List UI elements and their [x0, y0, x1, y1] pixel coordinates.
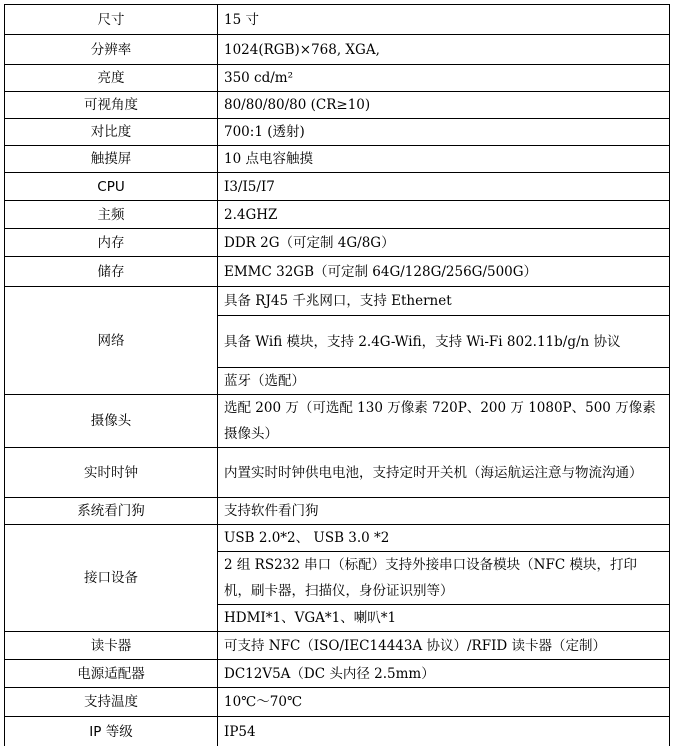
- spec-label: 电源适配器: [5, 660, 218, 688]
- spec-value: USB 2.0*2、 USB 3.0 *2: [218, 525, 670, 552]
- spec-label: 主频: [5, 201, 218, 229]
- table-row: 主频2.4GHZ: [5, 201, 670, 229]
- spec-value: DC12V5A（DC 头内径 2.5mm）: [218, 660, 670, 688]
- spec-value: 内置实时时钟供电电池，支持定时开关机（海运航运注意与物流沟通）: [218, 448, 670, 498]
- spec-label: 系统看门狗: [5, 498, 218, 525]
- table-row: IP 等级IP54: [5, 717, 670, 746]
- table-row: 支持温度10℃～70℃: [5, 688, 670, 717]
- spec-label: 分辨率: [5, 35, 218, 65]
- spec-label: 读卡器: [5, 632, 218, 660]
- spec-value: 具备 Wifi 模块，支持 2.4G-Wifi，支持 Wi-Fi 802.11b…: [218, 316, 670, 368]
- spec-value: I3/I5/I7: [218, 173, 670, 201]
- table-row: 分辨率1024(RGB)×768, XGA,: [5, 35, 670, 65]
- spec-label: CPU: [5, 173, 218, 201]
- spec-value: 10℃～70℃: [218, 688, 670, 717]
- table-row: 储存EMMC 32GB（可定制 64G/128G/256G/500G）: [5, 257, 670, 287]
- spec-value: 2 组 RS232 串口（标配）支持外接串口设备模块（NFC 模块，打印机，刷卡…: [218, 552, 670, 605]
- table-row: 内存DDR 2G（可定制 4G/8G）: [5, 229, 670, 257]
- spec-value: 2.4GHZ: [218, 201, 670, 229]
- spec-label: 网络: [5, 287, 218, 395]
- spec-value: HDMI*1、VGA*1、喇叭*1: [218, 605, 670, 632]
- spec-value: 具备 RJ45 千兆网口，支持 Ethernet: [218, 287, 670, 316]
- spec-label: 接口设备: [5, 525, 218, 632]
- spec-label: 触摸屏: [5, 146, 218, 173]
- spec-table: 尺寸15 寸分辨率1024(RGB)×768, XGA,亮度350 cd/m²可…: [4, 4, 670, 746]
- table-row: 系统看门狗支持软件看门狗: [5, 498, 670, 525]
- table-row: 亮度350 cd/m²: [5, 65, 670, 92]
- spec-label: 实时时钟: [5, 448, 218, 498]
- spec-value: 15 寸: [218, 5, 670, 35]
- table-row: 尺寸15 寸: [5, 5, 670, 35]
- spec-value: 可支持 NFC（ISO/IEC14443A 协议）/RFID 读卡器（定制）: [218, 632, 670, 660]
- spec-value: 350 cd/m²: [218, 65, 670, 92]
- spec-label: 亮度: [5, 65, 218, 92]
- table-row: 电源适配器DC12V5A（DC 头内径 2.5mm）: [5, 660, 670, 688]
- table-row: 可视角度80/80/80/80 (CR≥10): [5, 92, 670, 119]
- table-row: 摄像头选配 200 万（可选配 130 万像素 720P、200 万 1080P…: [5, 395, 670, 448]
- spec-value: 80/80/80/80 (CR≥10): [218, 92, 670, 119]
- table-row: 网络具备 RJ45 千兆网口，支持 Ethernet: [5, 287, 670, 316]
- spec-label: 摄像头: [5, 395, 218, 448]
- spec-value: 蓝牙（选配）: [218, 368, 670, 395]
- spec-label: 储存: [5, 257, 218, 287]
- spec-label: 尺寸: [5, 5, 218, 35]
- table-row: 触摸屏10 点电容触摸: [5, 146, 670, 173]
- spec-label: 可视角度: [5, 92, 218, 119]
- spec-value: 700:1 (透射): [218, 119, 670, 146]
- spec-label: 对比度: [5, 119, 218, 146]
- table-row: CPUI3/I5/I7: [5, 173, 670, 201]
- spec-value: IP54: [218, 717, 670, 746]
- table-row: 读卡器可支持 NFC（ISO/IEC14443A 协议）/RFID 读卡器（定制…: [5, 632, 670, 660]
- spec-label: IP 等级: [5, 717, 218, 746]
- spec-value: 1024(RGB)×768, XGA,: [218, 35, 670, 65]
- spec-table-body: 尺寸15 寸分辨率1024(RGB)×768, XGA,亮度350 cd/m²可…: [5, 5, 670, 746]
- spec-value: EMMC 32GB（可定制 64G/128G/256G/500G）: [218, 257, 670, 287]
- spec-value: 支持软件看门狗: [218, 498, 670, 525]
- spec-label: 支持温度: [5, 688, 218, 717]
- spec-value: DDR 2G（可定制 4G/8G）: [218, 229, 670, 257]
- table-row: 接口设备USB 2.0*2、 USB 3.0 *2: [5, 525, 670, 552]
- spec-label: 内存: [5, 229, 218, 257]
- table-row: 对比度700:1 (透射): [5, 119, 670, 146]
- spec-value: 10 点电容触摸: [218, 146, 670, 173]
- spec-value: 选配 200 万（可选配 130 万像素 720P、200 万 1080P、50…: [218, 395, 670, 448]
- table-row: 实时时钟内置实时时钟供电电池，支持定时开关机（海运航运注意与物流沟通）: [5, 448, 670, 498]
